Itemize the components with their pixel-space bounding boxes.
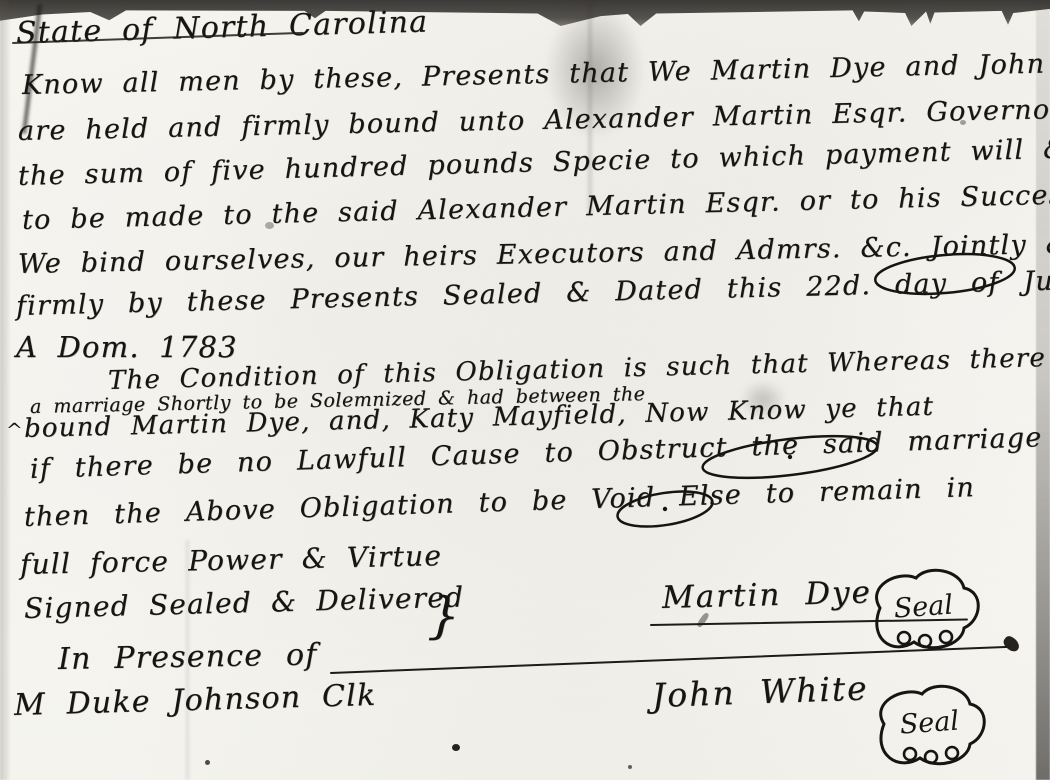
signer-signature-1: Martin Dye [662, 575, 873, 616]
witness-signature: M Duke Johnson Clk [14, 678, 377, 723]
paper-edge-left [0, 0, 10, 780]
signer-signature-2: John White [651, 668, 869, 715]
seal-flourish-1: Seal [858, 566, 988, 662]
seal-label: Seal [899, 706, 960, 741]
flourish-oval [695, 432, 885, 482]
insertion-caret: ^ [6, 418, 23, 442]
seal-label: Seal [893, 590, 954, 625]
attestation-line-1: Signed Sealed & Delivered [24, 580, 465, 625]
document-scan: State of North Carolina Know all men by … [0, 0, 1050, 780]
attestation-brace: } [427, 586, 462, 645]
body-line-7: A Dom. 1783 [16, 330, 238, 364]
seal-flourish-2: Seal [862, 680, 996, 778]
flourish-oval [610, 486, 720, 532]
condition-line-5: full force Power & Virtue [20, 539, 443, 581]
flourish-oval [870, 248, 1020, 300]
body-line-1: Know all men by these, Presents that We … [22, 46, 1050, 101]
attestation-line-2: In Presence of [58, 637, 318, 677]
